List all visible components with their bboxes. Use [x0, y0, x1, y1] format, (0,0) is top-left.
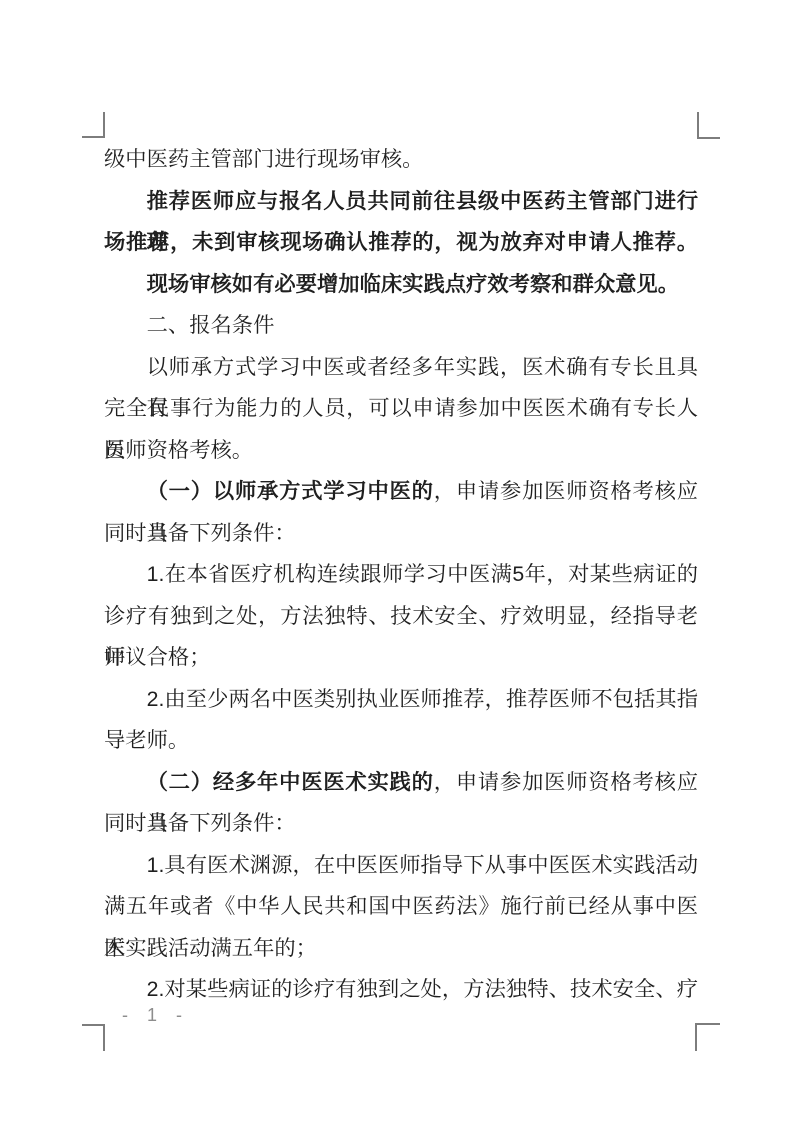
text-segment: 1.在本省医疗机构连续跟师学习中医满5年，对某些病证的: [147, 562, 698, 586]
text-line: 以师承方式学习中医或者经多年实践，医术确有专长且具有: [104, 347, 698, 389]
margin-mark-bottom-right-icon: [695, 1023, 720, 1051]
text-line: 完全民事行为能力的人员，可以申请参加中医医术确有专长人员: [104, 388, 698, 430]
page-number: - 1 -: [122, 1002, 189, 1028]
text-line: 现场审核如有必要增加临床实践点疗效考察和群众意见。: [104, 264, 698, 306]
text-line: 二、报名条件: [104, 305, 698, 347]
margin-mark-bottom-left-icon: [82, 1024, 105, 1051]
text-line: （二）经多年中医医术实践的，申请参加医师资格考核应当: [104, 762, 698, 804]
text-line: 诊疗有独到之处，方法独特、技术安全、疗效明显，经指导老师: [104, 596, 698, 638]
text-segment: 2.对某些病证的诊疗有独到之处，方法独特、技术安全、疗: [147, 977, 698, 1001]
text-segment: 二、报名条件: [147, 313, 275, 337]
text-segment: 医师资格考核。: [104, 438, 253, 462]
text-line: 同时具备下列条件：: [104, 513, 698, 555]
document-page: 级中医药主管部门进行现场审核。推荐医师应与报名人员共同前往县级中医药主管部门进行…: [0, 0, 796, 1123]
text-segment: 级中医药主管部门进行现场审核。: [104, 147, 423, 171]
text-line: 2.对某些病证的诊疗有独到之处，方法独特、技术安全、疗: [104, 969, 698, 1011]
text-line: 评议合格；: [104, 637, 698, 679]
text-line: 满五年或者《中华人民共和国中医药法》施行前已经从事中医医: [104, 886, 698, 928]
bold-text-segment: （二）经多年中医医术实践的: [147, 770, 434, 794]
bold-text-segment: （一）以师承方式学习中医的: [147, 479, 434, 503]
text-segment: 2.由至少两名中医类别执业医师推荐，推荐医师不包括其指: [147, 687, 698, 711]
text-line: 推荐医师应与报名人员共同前往县级中医药主管部门进行现: [104, 181, 698, 223]
text-line: 医师资格考核。: [104, 430, 698, 472]
margin-mark-top-right-icon: [697, 112, 720, 139]
text-line: （一）以师承方式学习中医的，申请参加医师资格考核应当: [104, 471, 698, 513]
text-line: 1.在本省医疗机构连续跟师学习中医满5年，对某些病证的: [104, 554, 698, 596]
text-segment: 同时具备下列条件：: [104, 521, 296, 545]
margin-mark-top-left-icon: [82, 112, 105, 138]
text-segment: 评议合格；: [104, 645, 211, 669]
text-line: 同时具备下列条件：: [104, 803, 698, 845]
text-segment: 导老师。: [104, 728, 189, 752]
text-line: 场推荐，未到审核现场确认推荐的，视为放弃对申请人推荐。: [104, 222, 698, 264]
text-line: 2.由至少两名中医类别执业医师推荐，推荐医师不包括其指: [104, 679, 698, 721]
text-line: 1.具有医术渊源，在中医医师指导下从事中医医术实践活动: [104, 845, 698, 887]
text-segment: 术实践活动满五年的；: [104, 936, 317, 960]
text-line: 级中医药主管部门进行现场审核。: [104, 139, 698, 181]
bold-text-segment: 现场审核如有必要增加临床实践点疗效考察和群众意见。: [147, 272, 679, 296]
text-line: 导老师。: [104, 720, 698, 762]
text-segment: 1.具有医术渊源，在中医医师指导下从事中医医术实践活动: [147, 853, 698, 877]
document-body: 级中医药主管部门进行现场审核。推荐医师应与报名人员共同前往县级中医药主管部门进行…: [104, 139, 698, 1011]
bold-text-segment: 场推荐，未到审核现场确认推荐的，视为放弃对申请人推荐。: [104, 230, 698, 254]
text-line: 术实践活动满五年的；: [104, 928, 698, 970]
text-segment: 同时具备下列条件：: [104, 811, 296, 835]
